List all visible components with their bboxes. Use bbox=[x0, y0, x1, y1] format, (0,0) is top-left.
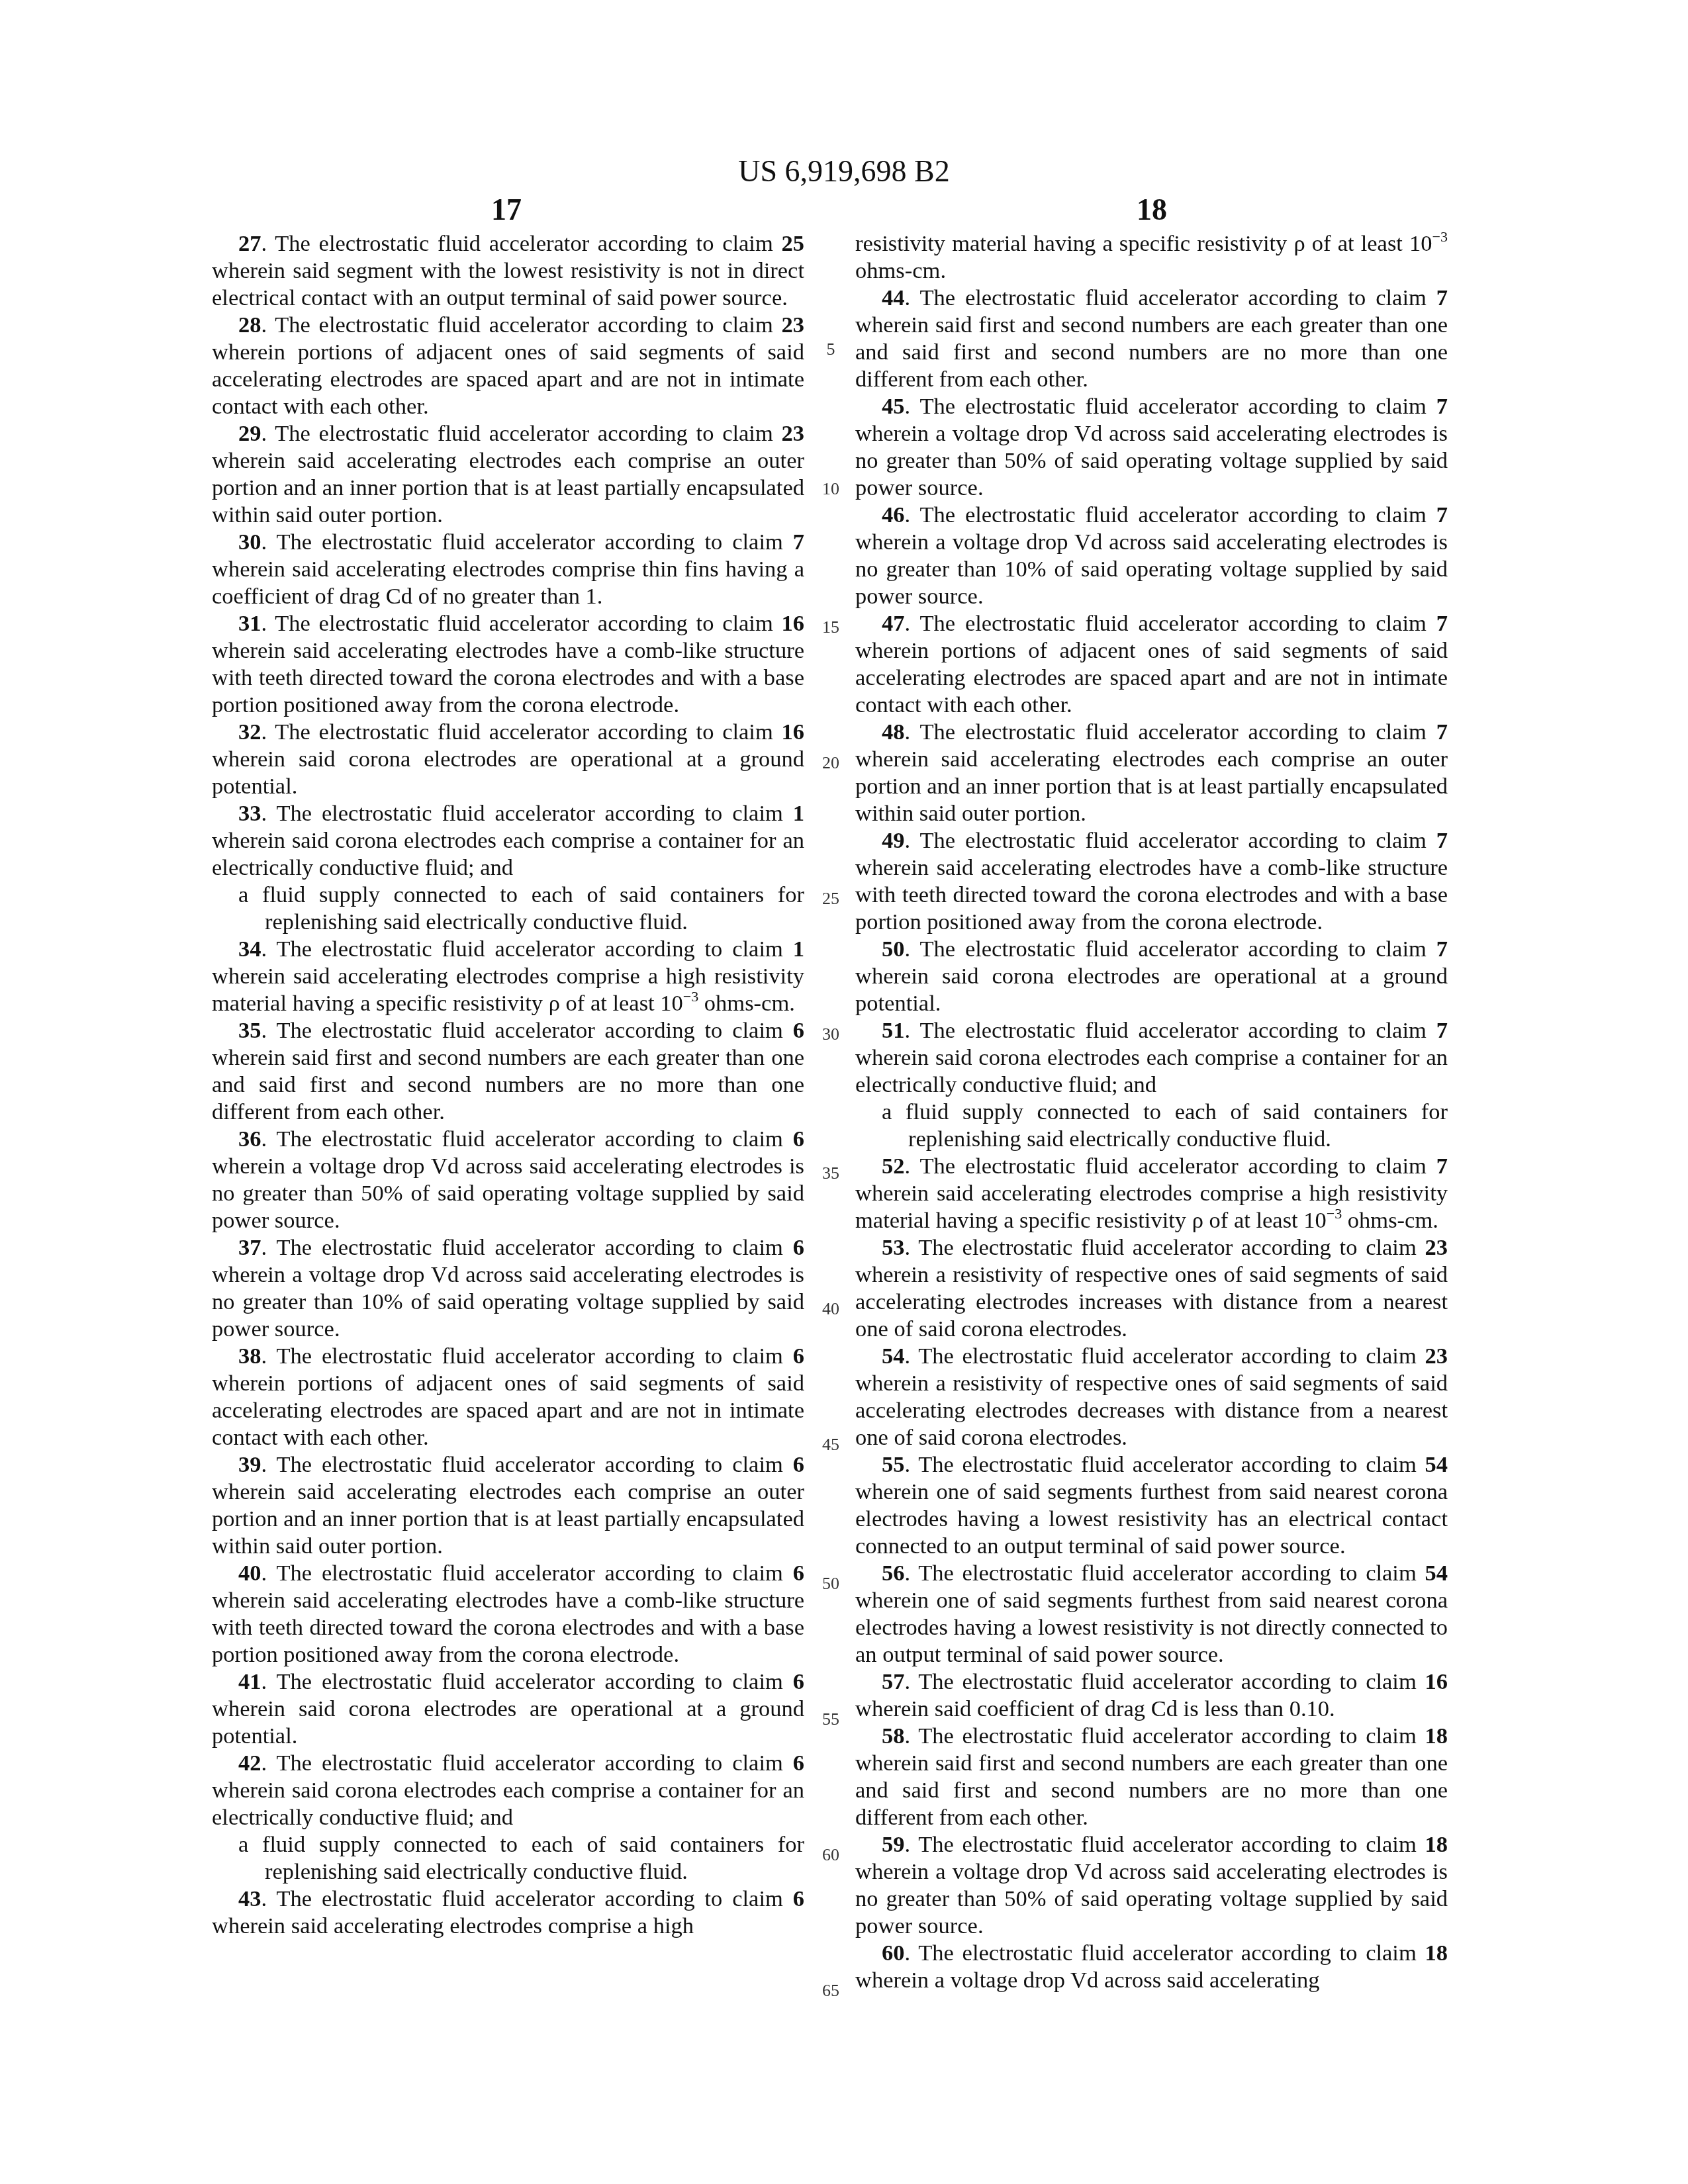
claim-number: 29 bbox=[238, 421, 261, 446]
margin-line-number: 35 bbox=[811, 1163, 851, 1183]
claim-body: wherein said accelerating electrodes com… bbox=[212, 1913, 694, 1938]
claim-body: wherein one of said segments furthest fr… bbox=[855, 1588, 1448, 1667]
claim-reference-number: 16 bbox=[782, 611, 805, 636]
claim-paragraph: 45. The electrostatic fluid accelerator … bbox=[855, 393, 1448, 502]
claim-number: 52 bbox=[882, 1154, 905, 1179]
claim-number: 32 bbox=[238, 719, 261, 745]
claim-paragraph: 51. The electrostatic fluid accelerator … bbox=[855, 1017, 1448, 1099]
claim-preamble: . The electrostatic fluid accelerator ac… bbox=[261, 936, 793, 962]
claim-body-tail: ohms-cm. bbox=[1342, 1208, 1438, 1233]
claim-number: 59 bbox=[882, 1832, 905, 1857]
claim-preamble: . The electrostatic fluid accelerator ac… bbox=[905, 1018, 1436, 1043]
margin-line-number: 25 bbox=[811, 889, 851, 909]
claim-number: 39 bbox=[238, 1452, 261, 1477]
claim-preamble: . The electrostatic fluid accelerator ac… bbox=[905, 285, 1436, 310]
claim-body: wherein said corona electrodes each comp… bbox=[855, 1045, 1448, 1097]
claim-preamble: . The electrostatic fluid accelerator ac… bbox=[905, 394, 1436, 419]
claim-body: wherein said first and second numbers ar… bbox=[855, 312, 1448, 392]
claim-number: 28 bbox=[238, 312, 261, 338]
claim-reference-number: 7 bbox=[1436, 394, 1448, 419]
margin-line-number: 65 bbox=[811, 1981, 851, 2001]
claim-number: 55 bbox=[882, 1452, 905, 1477]
claim-number: 57 bbox=[882, 1669, 905, 1694]
claim-reference-number: 6 bbox=[793, 1886, 804, 1911]
claim-body: wherein a voltage drop Vd across said ac… bbox=[855, 529, 1448, 609]
claim-number: 43 bbox=[238, 1886, 261, 1911]
claim-preamble: . The electrostatic fluid accelerator ac… bbox=[905, 1154, 1436, 1179]
claim-reference-number: 6 bbox=[793, 1669, 804, 1694]
claim-body: wherein said corona electrodes each comp… bbox=[212, 828, 804, 880]
claim-preamble: . The electrostatic fluid accelerator ac… bbox=[905, 1235, 1425, 1260]
claim-number: 41 bbox=[238, 1669, 261, 1694]
claim-body: wherein said corona electrodes are opera… bbox=[212, 747, 804, 799]
claim-number: 56 bbox=[882, 1561, 905, 1586]
margin-line-number: 55 bbox=[811, 1709, 851, 1729]
claim-number: 51 bbox=[882, 1018, 905, 1043]
claim-body: wherein portions of adjacent ones of sai… bbox=[212, 340, 804, 419]
claim-reference-number: 23 bbox=[782, 312, 805, 338]
claim-reference-number: 16 bbox=[1425, 1669, 1448, 1694]
claim-reference-number: 6 bbox=[793, 1561, 804, 1586]
claim-number: 45 bbox=[882, 394, 905, 419]
claim-number: 58 bbox=[882, 1723, 905, 1749]
claim-preamble: . The electrostatic fluid accelerator ac… bbox=[261, 801, 793, 826]
claim-number: 37 bbox=[238, 1235, 261, 1260]
claim-number: 30 bbox=[238, 529, 261, 555]
claim-number: 42 bbox=[238, 1751, 261, 1776]
claim-body: wherein said first and second numbers ar… bbox=[212, 1045, 804, 1124]
claim-preamble: . The electrostatic fluid accelerator ac… bbox=[261, 719, 782, 745]
claim-preamble: . The electrostatic fluid accelerator ac… bbox=[261, 1018, 793, 1043]
column-number-right: 18 bbox=[1086, 192, 1218, 227]
claim-preamble: . The electrostatic fluid accelerator ac… bbox=[261, 1561, 793, 1586]
claim-paragraph: 46. The electrostatic fluid accelerator … bbox=[855, 502, 1448, 610]
claim-reference-number: 18 bbox=[1425, 1723, 1448, 1749]
claim-preamble: . The electrostatic fluid accelerator ac… bbox=[261, 1886, 793, 1911]
claim-number: 27 bbox=[238, 231, 261, 256]
claim-body: wherein said accelerating electrodes hav… bbox=[212, 1588, 804, 1667]
claim-reference-number: 7 bbox=[1436, 936, 1448, 962]
claim-body: wherein a voltage drop Vd across said ac… bbox=[855, 1968, 1320, 1993]
claim-preamble: . The electrostatic fluid accelerator ac… bbox=[905, 1832, 1425, 1857]
claim-body: wherein a resistivity of respective ones… bbox=[855, 1262, 1448, 1342]
claim-preamble: . The electrostatic fluid accelerator ac… bbox=[905, 502, 1436, 527]
claim-reference-number: 1 bbox=[793, 936, 804, 962]
claim-reference-number: 18 bbox=[1425, 1832, 1448, 1857]
claim-preamble: . The electrostatic fluid accelerator ac… bbox=[905, 719, 1436, 745]
claim-reference-number: 23 bbox=[1425, 1343, 1448, 1369]
claim-number: 36 bbox=[238, 1126, 261, 1152]
claim-paragraph: 35. The electrostatic fluid accelerator … bbox=[212, 1017, 804, 1126]
claim-body: wherein said accelerating electrodes hav… bbox=[212, 638, 804, 717]
claim-number: 38 bbox=[238, 1343, 261, 1369]
claim-preamble: . The electrostatic fluid accelerator ac… bbox=[905, 1452, 1425, 1477]
claim-paragraph: 47. The electrostatic fluid accelerator … bbox=[855, 610, 1448, 719]
claim-reference-number: 54 bbox=[1425, 1561, 1448, 1586]
margin-line-number: 5 bbox=[811, 340, 851, 359]
claim-subelement: a fluid supply connected to each of said… bbox=[212, 1831, 804, 1886]
claim-paragraph: 32. The electrostatic fluid accelerator … bbox=[212, 719, 804, 800]
claim-preamble: . The electrostatic fluid accelerator ac… bbox=[905, 1669, 1425, 1694]
claim-body: wherein portions of adjacent ones of sai… bbox=[212, 1371, 804, 1450]
margin-line-number: 50 bbox=[811, 1574, 851, 1594]
claim-subelement: a fluid supply connected to each of said… bbox=[855, 1099, 1448, 1153]
claim-reference-number: 6 bbox=[793, 1235, 804, 1260]
claim-number: 49 bbox=[882, 828, 905, 853]
exponent: −3 bbox=[683, 988, 698, 1005]
claim-number: 47 bbox=[882, 611, 905, 636]
claim-paragraph: 55. The electrostatic fluid accelerator … bbox=[855, 1451, 1448, 1560]
claim-preamble: . The electrostatic fluid accelerator ac… bbox=[261, 1126, 793, 1152]
claim-reference-number: 54 bbox=[1425, 1452, 1448, 1477]
claim-body: wherein said accelerating electrodes hav… bbox=[855, 855, 1448, 934]
margin-line-number: 45 bbox=[811, 1435, 851, 1455]
claim-paragraph: 52. The electrostatic fluid accelerator … bbox=[855, 1153, 1448, 1234]
claim-paragraph: 28. The electrostatic fluid accelerator … bbox=[212, 312, 804, 420]
claim-preamble: . The electrostatic fluid accelerator ac… bbox=[905, 611, 1436, 636]
claim-body: wherein said segment with the lowest res… bbox=[212, 258, 804, 310]
claim-body: wherein a resistivity of respective ones… bbox=[855, 1371, 1448, 1450]
claim-reference-number: 6 bbox=[793, 1452, 804, 1477]
claim-body: wherein one of said segments furthest fr… bbox=[855, 1479, 1448, 1559]
claim-paragraph: 30. The electrostatic fluid accelerator … bbox=[212, 529, 804, 610]
claim-paragraph: 54. The electrostatic fluid accelerator … bbox=[855, 1343, 1448, 1451]
claim-reference-number: 7 bbox=[1436, 1154, 1448, 1179]
claim-number: 40 bbox=[238, 1561, 261, 1586]
claim-body: wherein said corona electrodes each comp… bbox=[212, 1778, 804, 1830]
claim-reference-number: 7 bbox=[1436, 502, 1448, 527]
claim-reference-number: 23 bbox=[782, 421, 805, 446]
column-number-left: 17 bbox=[440, 192, 573, 227]
claim-paragraph: 49. The electrostatic fluid accelerator … bbox=[855, 827, 1448, 936]
exponent: −3 bbox=[1432, 228, 1448, 245]
margin-line-number: 15 bbox=[811, 617, 851, 637]
claim-body: wherein said accelerating electrodes eac… bbox=[212, 448, 804, 527]
claim-preamble: . The electrostatic fluid accelerator ac… bbox=[261, 1343, 793, 1369]
claim-number: 46 bbox=[882, 502, 905, 527]
claim-paragraph: 56. The electrostatic fluid accelerator … bbox=[855, 1560, 1448, 1668]
margin-line-number: 60 bbox=[811, 1845, 851, 1865]
claim-paragraph: 48. The electrostatic fluid accelerator … bbox=[855, 719, 1448, 827]
claim-preamble: . The electrostatic fluid accelerator ac… bbox=[905, 828, 1436, 853]
claim-body: wherein said accelerating electrodes com… bbox=[212, 557, 804, 609]
patent-number-header: US 6,919,698 B2 bbox=[0, 154, 1688, 189]
claim-paragraph: 42. The electrostatic fluid accelerator … bbox=[212, 1750, 804, 1831]
claim-reference-number: 7 bbox=[1436, 719, 1448, 745]
claim-body: wherein said coefficient of drag Cd is l… bbox=[855, 1696, 1335, 1721]
claim-preamble: . The electrostatic fluid accelerator ac… bbox=[261, 611, 782, 636]
claim-preamble: . The electrostatic fluid accelerator ac… bbox=[261, 1452, 793, 1477]
margin-line-number: 30 bbox=[811, 1024, 851, 1044]
claim-reference-number: 7 bbox=[1436, 828, 1448, 853]
claim-body: wherein a voltage drop Vd across said ac… bbox=[855, 421, 1448, 500]
claim-preamble: . The electrostatic fluid accelerator ac… bbox=[905, 1343, 1425, 1369]
claim-reference-number: 6 bbox=[793, 1126, 804, 1152]
claim-number: 34 bbox=[238, 936, 261, 962]
claim-number: 53 bbox=[882, 1235, 905, 1260]
claim-reference-number: 6 bbox=[793, 1751, 804, 1776]
claim-paragraph: 43. The electrostatic fluid accelerator … bbox=[212, 1886, 804, 1940]
right-text-column: resistivity material having a specific r… bbox=[855, 230, 1448, 1994]
claim-paragraph: 41. The electrostatic fluid accelerator … bbox=[212, 1668, 804, 1750]
claim-paragraph: 58. The electrostatic fluid accelerator … bbox=[855, 1723, 1448, 1831]
claim-reference-number: 18 bbox=[1425, 1940, 1448, 1966]
claim-body: wherein said accelerating electrodes eac… bbox=[855, 747, 1448, 826]
claim-number: 31 bbox=[238, 611, 261, 636]
claim-preamble: . The electrostatic fluid accelerator ac… bbox=[905, 936, 1436, 962]
claim-body: wherein said corona electrodes are opera… bbox=[855, 964, 1448, 1016]
claim-body: wherein a voltage drop Vd across said ac… bbox=[212, 1154, 804, 1233]
claim-number: 35 bbox=[238, 1018, 261, 1043]
claim-body-tail: ohms-cm. bbox=[698, 991, 795, 1016]
claim-preamble: . The electrostatic fluid accelerator ac… bbox=[261, 529, 793, 555]
claim-paragraph: 50. The electrostatic fluid accelerator … bbox=[855, 936, 1448, 1017]
margin-line-number: 20 bbox=[811, 753, 851, 773]
claim-paragraph: 44. The electrostatic fluid accelerator … bbox=[855, 285, 1448, 393]
claim-preamble: . The electrostatic fluid accelerator ac… bbox=[261, 231, 782, 256]
claim-number: 44 bbox=[882, 285, 905, 310]
claim-continuation: resistivity material having a specific r… bbox=[855, 230, 1448, 285]
claim-body: wherein a voltage drop Vd across said ac… bbox=[212, 1262, 804, 1342]
claim-number: 50 bbox=[882, 936, 905, 962]
claim-paragraph: 31. The electrostatic fluid accelerator … bbox=[212, 610, 804, 719]
claim-body: wherein said corona electrodes are opera… bbox=[212, 1696, 804, 1749]
claim-reference-number: 6 bbox=[793, 1018, 804, 1043]
claim-preamble: . The electrostatic fluid accelerator ac… bbox=[261, 421, 782, 446]
claim-reference-number: 7 bbox=[1436, 611, 1448, 636]
claim-preamble: . The electrostatic fluid accelerator ac… bbox=[261, 1669, 793, 1694]
claim-preamble: . The electrostatic fluid accelerator ac… bbox=[261, 1751, 793, 1776]
claim-preamble: . The electrostatic fluid accelerator ac… bbox=[905, 1940, 1425, 1966]
claim-reference-number: 1 bbox=[793, 801, 804, 826]
claim-preamble: . The electrostatic fluid accelerator ac… bbox=[905, 1561, 1425, 1586]
claim-paragraph: 40. The electrostatic fluid accelerator … bbox=[212, 1560, 804, 1668]
claim-paragraph: 33. The electrostatic fluid accelerator … bbox=[212, 800, 804, 882]
claim-paragraph: 59. The electrostatic fluid accelerator … bbox=[855, 1831, 1448, 1940]
claim-subelement: a fluid supply connected to each of said… bbox=[212, 882, 804, 936]
claim-preamble: . The electrostatic fluid accelerator ac… bbox=[261, 1235, 793, 1260]
claim-number: 33 bbox=[238, 801, 261, 826]
claim-preamble: . The electrostatic fluid accelerator ac… bbox=[905, 1723, 1425, 1749]
claim-preamble: . The electrostatic fluid accelerator ac… bbox=[261, 312, 782, 338]
claim-reference-number: 25 bbox=[782, 231, 805, 256]
claim-paragraph: 36. The electrostatic fluid accelerator … bbox=[212, 1126, 804, 1234]
claim-paragraph: 39. The electrostatic fluid accelerator … bbox=[212, 1451, 804, 1560]
claim-paragraph: 27. The electrostatic fluid accelerator … bbox=[212, 230, 804, 312]
claim-body: wherein portions of adjacent ones of sai… bbox=[855, 638, 1448, 717]
claim-number: 54 bbox=[882, 1343, 905, 1369]
claim-number: 60 bbox=[882, 1940, 905, 1966]
claim-paragraph: 34. The electrostatic fluid accelerator … bbox=[212, 936, 804, 1017]
claim-reference-number: 7 bbox=[1436, 285, 1448, 310]
claim-paragraph: 38. The electrostatic fluid accelerator … bbox=[212, 1343, 804, 1451]
claim-number: 48 bbox=[882, 719, 905, 745]
claim-paragraph: 60. The electrostatic fluid accelerator … bbox=[855, 1940, 1448, 1994]
margin-line-number: 10 bbox=[811, 479, 851, 499]
claim-body: resistivity material having a specific r… bbox=[855, 231, 1432, 256]
claim-paragraph: 29. The electrostatic fluid accelerator … bbox=[212, 420, 804, 529]
claim-body: wherein a voltage drop Vd across said ac… bbox=[855, 1859, 1448, 1938]
claim-reference-number: 23 bbox=[1425, 1235, 1448, 1260]
claim-paragraph: 57. The electrostatic fluid accelerator … bbox=[855, 1668, 1448, 1723]
left-text-column: 27. The electrostatic fluid accelerator … bbox=[212, 230, 804, 1940]
claim-body: wherein said accelerating electrodes eac… bbox=[212, 1479, 804, 1559]
claim-paragraph: 53. The electrostatic fluid accelerator … bbox=[855, 1234, 1448, 1343]
claim-reference-number: 7 bbox=[793, 529, 804, 555]
exponent: −3 bbox=[1327, 1205, 1342, 1222]
claim-body: wherein said first and second numbers ar… bbox=[855, 1751, 1448, 1830]
margin-line-number: 40 bbox=[811, 1299, 851, 1319]
claim-reference-number: 7 bbox=[1436, 1018, 1448, 1043]
claim-body-tail: ohms-cm. bbox=[855, 258, 946, 283]
claim-paragraph: 37. The electrostatic fluid accelerator … bbox=[212, 1234, 804, 1343]
claim-reference-number: 6 bbox=[793, 1343, 804, 1369]
claim-reference-number: 16 bbox=[782, 719, 805, 745]
